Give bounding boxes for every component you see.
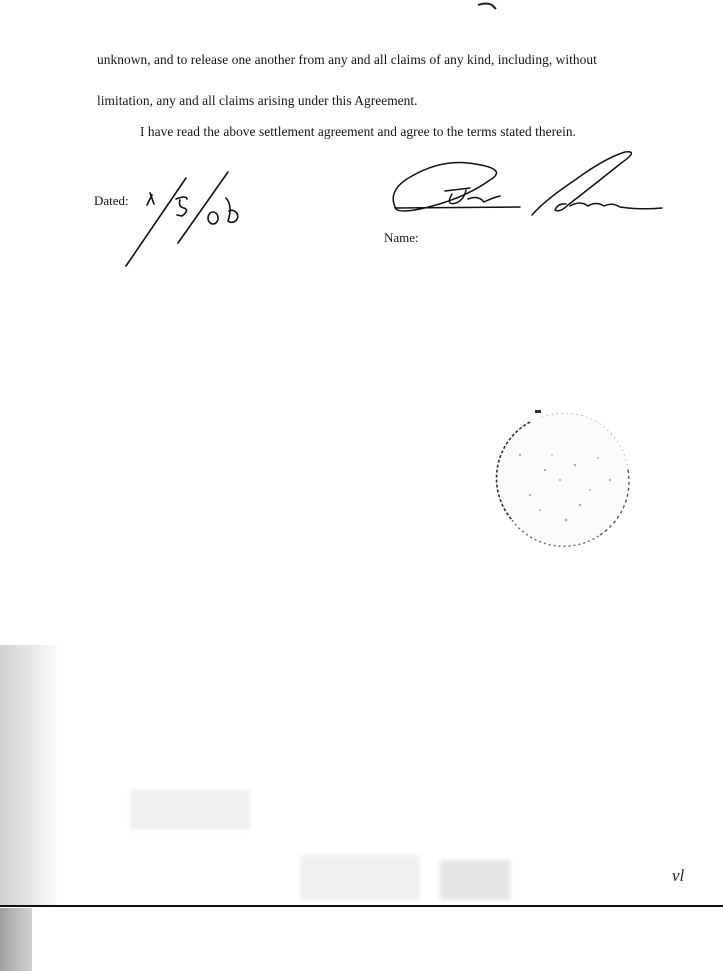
- scan-smudge: [440, 860, 510, 900]
- scan-shadow-left: [0, 645, 60, 905]
- scan-smudge: [130, 790, 250, 830]
- document-page: unknown, and to release one another from…: [0, 0, 723, 971]
- page-bottom-rule: [0, 905, 723, 907]
- scan-smudge: [300, 855, 420, 900]
- scan-shadow-bottom-left: [0, 908, 32, 971]
- notary-seal: [0, 0, 723, 600]
- page-mark: vl: [672, 866, 684, 886]
